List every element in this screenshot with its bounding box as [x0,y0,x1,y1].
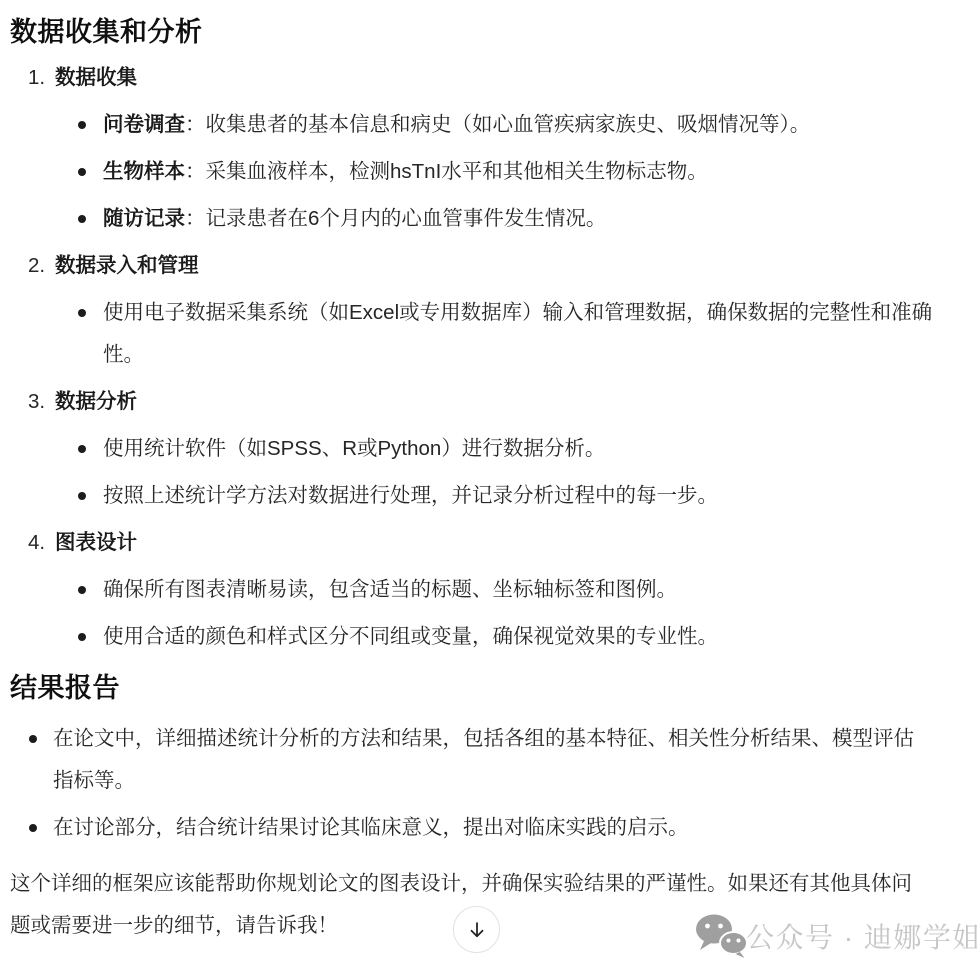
numbered-item-title: 3.数据分析 [10,381,965,423]
results-bullet-list: 在论文中，详细描述统计分析的方法和结果，包括各组的基本特征、相关性分析结果、模型… [10,718,965,849]
bullet-label: 随访记录 [103,207,185,230]
numbered-item-title: 4.图表设计 [10,522,965,564]
list-item: 使用统计软件（如SPSS、R或Python）进行数据分析。 [10,428,965,470]
chat-message-content: 数据收集和分析 1.数据收集 问卷调查：收集患者的基本信息和病史（如心血管疾病家… [0,0,977,947]
bullet-text: 按照上述统计学方法对数据进行处理，并记录分析过程中的每一步。 [103,484,718,507]
item-title-text: 数据分析 [55,390,137,413]
bullet-text: ：收集患者的基本信息和病史（如心血管疾病家族史、吸烟情况等）。 [185,113,810,136]
numbered-item-4: 4.图表设计 确保所有图表清晰易读，包含适当的标题、坐标轴标签和图例。 使用合适… [10,522,965,658]
list-item: 使用合适的颜色和样式区分不同组或变量，确保视觉效果的专业性。 [10,616,965,658]
bullet-text: 使用合适的颜色和样式区分不同组或变量，确保视觉效果的专业性。 [103,625,718,648]
numbered-item-title: 2.数据录入和管理 [10,245,965,287]
item-number: 1. [28,57,55,99]
numbered-item-2: 2.数据录入和管理 使用电子数据采集系统（如Excel或专用数据库）输入和管理数… [10,245,965,376]
bullet-text: 在讨论部分，结合统计结果讨论其临床意义，提出对临床实践的启示。 [53,816,689,839]
sub-bullet-list: 使用统计软件（如SPSS、R或Python）进行数据分析。 按照上述统计学方法对… [10,428,965,517]
list-item: 确保所有图表清晰易读，包含适当的标题、坐标轴标签和图例。 [10,569,965,611]
item-number: 3. [28,381,55,423]
list-item: 在论文中，详细描述统计分析的方法和结果，包括各组的基本特征、相关性分析结果、模型… [10,718,965,802]
numbered-item-3: 3.数据分析 使用统计软件（如SPSS、R或Python）进行数据分析。 按照上… [10,381,965,517]
scroll-to-bottom-button[interactable] [453,906,500,953]
sub-bullet-list: 问卷调查：收集患者的基本信息和病史（如心血管疾病家族史、吸烟情况等）。 生物样本… [10,104,965,240]
bullet-text: ：采集血液样本，检测hsTnI水平和其他相关生物标志物。 [185,160,708,183]
item-title-text: 数据收集 [55,66,137,89]
bullet-text: 使用统计软件（如SPSS、R或Python）进行数据分析。 [103,437,605,460]
bullet-text: 确保所有图表清晰易读，包含适当的标题、坐标轴标签和图例。 [103,578,677,601]
sub-bullet-list: 使用电子数据采集系统（如Excel或专用数据库）输入和管理数据，确保数据的完整性… [10,292,965,376]
heading-data-collection-analysis: 数据收集和分析 [10,14,965,50]
heading-results-report: 结果报告 [10,670,965,706]
item-title-text: 图表设计 [55,531,137,554]
down-arrow-icon [466,919,488,941]
item-number: 4. [28,522,55,564]
bullet-text: ：记录患者在6个月内的心血管事件发生情况。 [185,207,606,230]
numbered-list: 1.数据收集 问卷调查：收集患者的基本信息和病史（如心血管疾病家族史、吸烟情况等… [10,57,965,658]
sub-bullet-list: 确保所有图表清晰易读，包含适当的标题、坐标轴标签和图例。 使用合适的颜色和样式区… [10,569,965,658]
list-item: 使用电子数据采集系统（如Excel或专用数据库）输入和管理数据，确保数据的完整性… [10,292,965,376]
list-item: 随访记录：记录患者在6个月内的心血管事件发生情况。 [10,198,965,240]
bullet-label: 生物样本 [103,160,185,183]
bullet-text: 使用电子数据采集系统（如Excel或专用数据库）输入和管理数据，确保数据的完整性… [103,301,932,366]
bullet-text: 在论文中，详细描述统计分析的方法和结果，包括各组的基本特征、相关性分析结果、模型… [53,727,914,792]
list-item: 生物样本：采集血液样本，检测hsTnI水平和其他相关生物标志物。 [10,151,965,193]
list-item: 问卷调查：收集患者的基本信息和病史（如心血管疾病家族史、吸烟情况等）。 [10,104,965,146]
numbered-item-1: 1.数据收集 问卷调查：收集患者的基本信息和病史（如心血管疾病家族史、吸烟情况等… [10,57,965,240]
item-title-text: 数据录入和管理 [55,254,199,277]
numbered-item-title: 1.数据收集 [10,57,965,99]
list-item: 按照上述统计学方法对数据进行处理，并记录分析过程中的每一步。 [10,475,965,517]
list-item: 在讨论部分，结合统计结果讨论其临床意义，提出对临床实践的启示。 [10,807,965,849]
item-number: 2. [28,245,55,287]
bullet-label: 问卷调查 [103,113,185,136]
